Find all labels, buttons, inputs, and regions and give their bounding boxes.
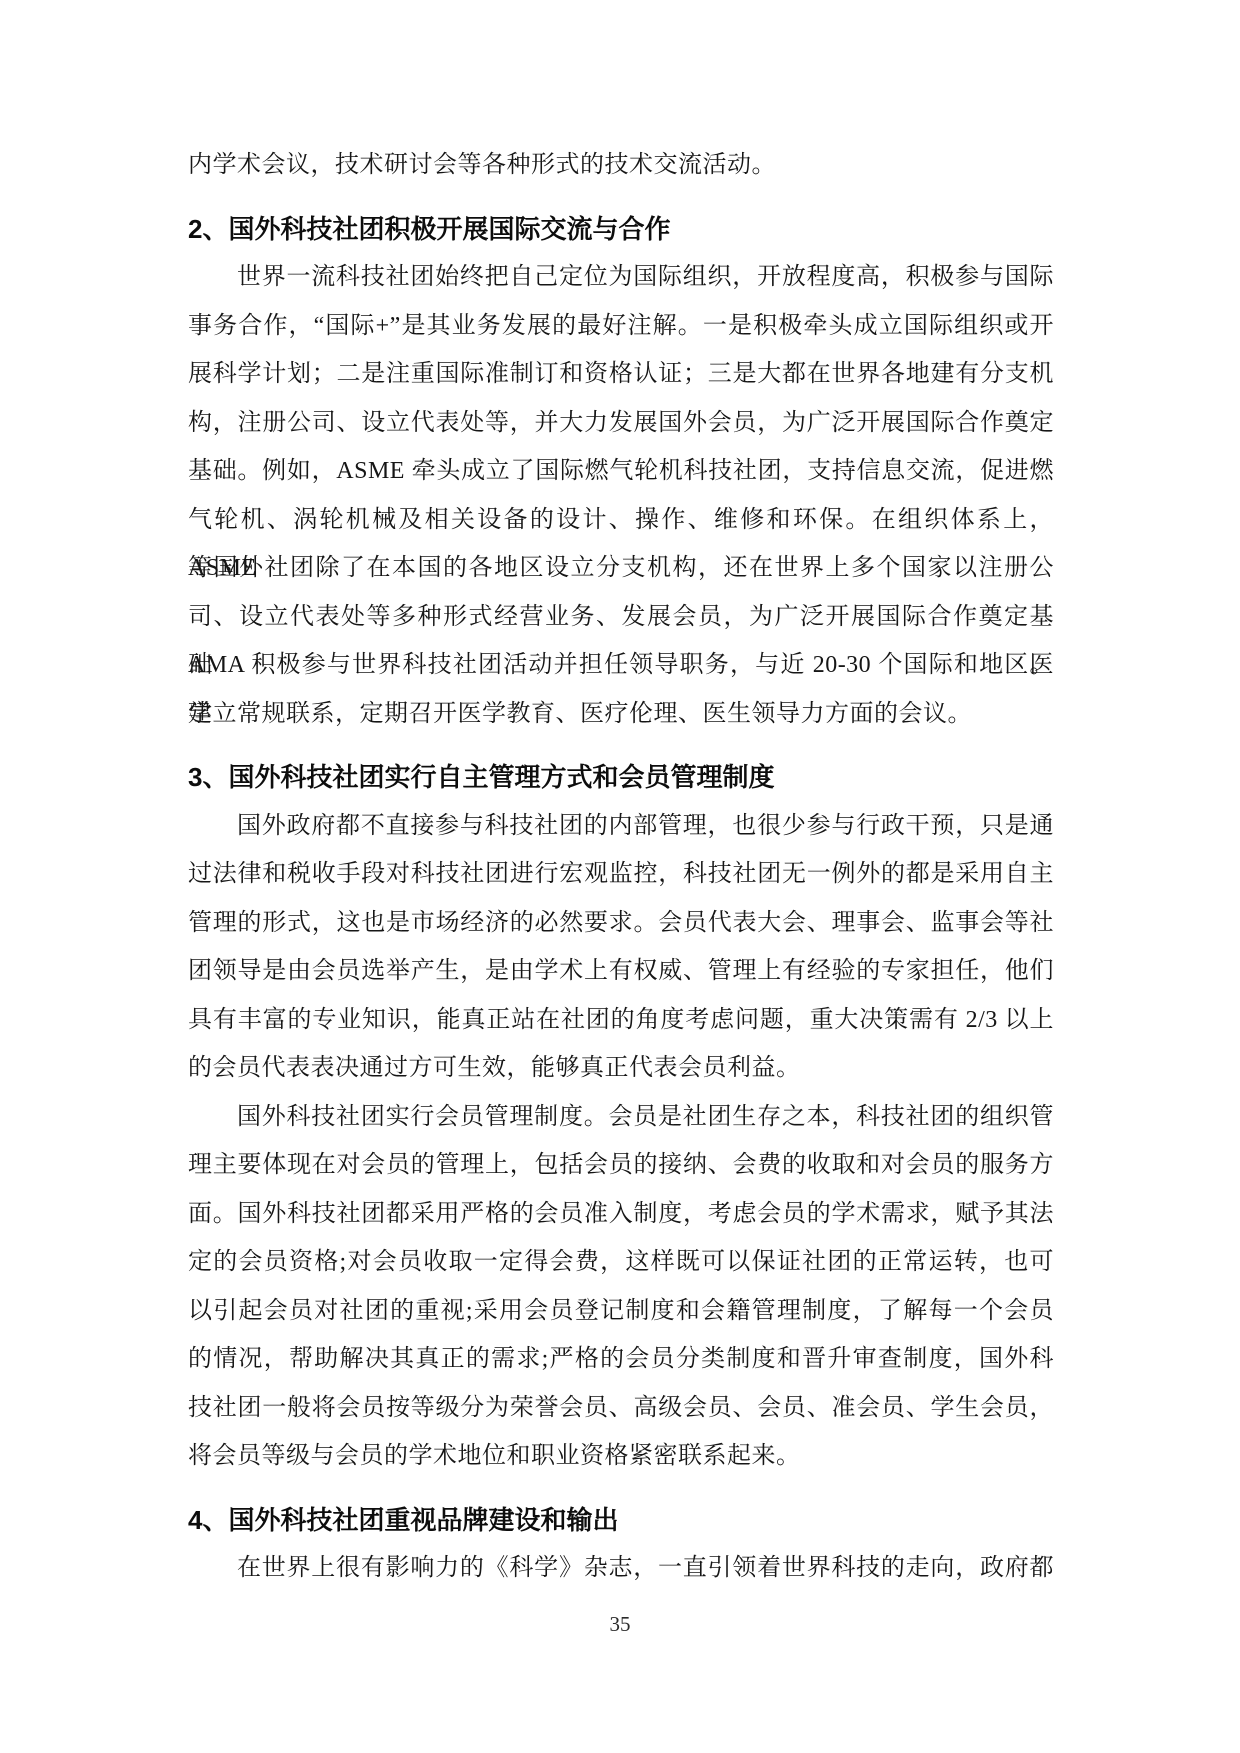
body-line: 基础。例如，ASME 牵头成立了国际燃气轮机科技社团，支持信息交流，促进燃 <box>188 447 1054 496</box>
body-line: 管理的形式，这也是市场经济的必然要求。会员代表大会、理事会、监事会等社 <box>188 899 1054 948</box>
body-line: 的会员代表表决通过方可生效，能够真正代表会员利益。 <box>188 1044 1054 1093</box>
body-line: 国外政府都不直接参与科技社团的内部管理，也很少参与行政干预，只是通 <box>188 802 1054 851</box>
body-line: 的情况，帮助解决其真正的需求;严格的会员分类制度和晋升审查制度，国外科 <box>188 1335 1054 1384</box>
body-line: 在世界上很有影响力的《科学》杂志，一直引领着世界科技的走向，政府都 <box>188 1544 1054 1593</box>
page-content: 内学术会议，技术研讨会等各种形式的技术交流活动。 2、国外科技社团积极开展国际交… <box>188 141 1054 1593</box>
body-line: 构，注册公司、设立代表处等，并大力发展国外会员，为广泛开展国际合作奠定 <box>188 399 1054 448</box>
section-heading-4: 4、国外科技社团重视品牌建设和输出 <box>188 1496 1054 1545</box>
body-line: 国外科技社团实行会员管理制度。会员是社团生存之本，科技社团的组织管 <box>188 1093 1054 1142</box>
body-line: 技社团一般将会员按等级分为荣誉会员、高级会员、会员、准会员、学生会员， <box>188 1384 1054 1433</box>
body-line: 等国外社团除了在本国的各地区设立分支机构，还在世界上多个国家以注册公 <box>188 544 1054 593</box>
body-line: 以引起会员对社团的重视;采用会员登记制度和会籍管理制度，了解每一个会员 <box>188 1287 1054 1336</box>
body-line: AMA 积极参与世界科技社团活动并担任领导职务，与近 20-30 个国际和地区医… <box>188 641 1054 690</box>
body-line: 世界一流科技社团始终把自己定位为国际组织，开放程度高，积极参与国际 <box>188 253 1054 302</box>
body-line: 过法律和税收手段对科技社团进行宏观监控，科技社团无一例外的都是采用自主 <box>188 850 1054 899</box>
body-line: 建立常规联系，定期召开医学教育、医疗伦理、医生领导力方面的会议。 <box>188 690 1054 739</box>
body-line: 将会员等级与会员的学术地位和职业资格紧密联系起来。 <box>188 1432 1054 1481</box>
body-line: 展科学计划；二是注重国际准制订和资格认证；三是大都在世界各地建有分支机 <box>188 350 1054 399</box>
section-heading-3: 3、国外科技社团实行自主管理方式和会员管理制度 <box>188 753 1054 802</box>
body-line: 理主要体现在对会员的管理上，包括会员的接纳、会费的收取和对会员的服务方 <box>188 1141 1054 1190</box>
body-line: 具有丰富的专业知识，能真正站在社团的角度考虑问题，重大决策需有 2/3 以上 <box>188 996 1054 1045</box>
body-line: 事务合作，“国际+”是其业务发展的最好注解。一是积极牵头成立国际组织或开 <box>188 302 1054 351</box>
document-page: 内学术会议，技术研讨会等各种形式的技术交流活动。 2、国外科技社团积极开展国际交… <box>0 0 1240 1753</box>
body-line: 司、设立代表处等多种形式经营业务、发展会员，为广泛开展国际合作奠定基础。 <box>188 593 1054 642</box>
body-line: 面。国外科技社团都采用严格的会员准入制度，考虑会员的学术需求，赋予其法 <box>188 1190 1054 1239</box>
body-line: 定的会员资格;对会员收取一定得会费，这样既可以保证社团的正常运转，也可 <box>188 1238 1054 1287</box>
section-heading-2: 2、国外科技社团积极开展国际交流与合作 <box>188 205 1054 254</box>
body-line: 内学术会议，技术研讨会等各种形式的技术交流活动。 <box>188 141 1054 190</box>
body-line: 团领导是由会员选举产生，是由学术上有权威、管理上有经验的专家担任，他们 <box>188 947 1054 996</box>
body-line: 气轮机、涡轮机械及相关设备的设计、操作、维修和环保。在组织体系上，ASME <box>188 496 1054 545</box>
page-number: 35 <box>0 1612 1240 1637</box>
